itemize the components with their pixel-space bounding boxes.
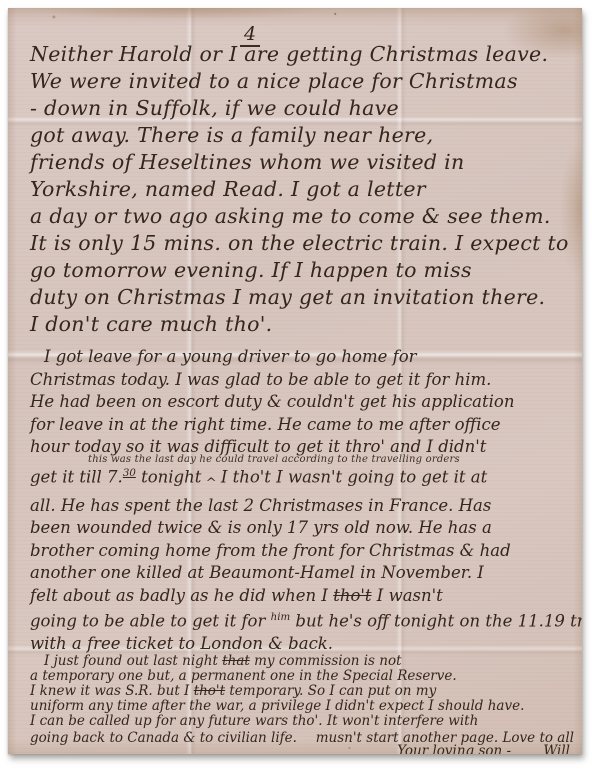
letter-line: this was the last day he could travel ac…	[88, 455, 574, 465]
letter-line: It is only 15 mins. on the electric trai…	[30, 230, 574, 257]
letter-line: Neither Harold or I are getting Christma…	[30, 41, 574, 68]
letter-line: - down in Suffolk, if we could have	[30, 95, 574, 122]
letter-line: Christmas today. I was glad to be able t…	[30, 369, 574, 392]
letter-line: I don't care much tho'.	[30, 311, 574, 338]
letter-line: I knew it was S.R. but I tho't temporary…	[30, 684, 574, 699]
letter-line: I can be called up for any future wars t…	[30, 714, 574, 729]
letter-line: for leave in at the right time. He came …	[30, 414, 574, 437]
letter-line: all. He has spent the last 2 Christmases…	[30, 495, 574, 518]
letter-line: I just found out last night that my comm…	[30, 654, 574, 669]
letter-line: got away. There is a family near here,	[30, 122, 574, 149]
paragraph-christmas-leave: Neither Harold or I are getting Christma…	[30, 41, 574, 338]
letter-page: 4 Neither Harold or I are getting Christ…	[8, 8, 582, 754]
letter-line: He had been on escort duty & couldn't ge…	[30, 391, 574, 414]
letter-line: another one killed at Beaumont-Hamel in …	[30, 562, 574, 585]
photo-frame: 4 Neither Harold or I are getting Christ…	[0, 0, 592, 772]
letter-line: a day or two ago asking me to come & see…	[30, 203, 574, 230]
letter-line: I got leave for a young driver to go hom…	[30, 346, 574, 369]
letter-line: felt about as badly as he did when I tho…	[30, 585, 574, 608]
letter-line: uniform any time after the war, a privil…	[30, 699, 574, 714]
letter-line: We were invited to a nice place for Chri…	[30, 68, 574, 95]
paragraph-commission: I just found out last night that my comm…	[30, 654, 574, 754]
letter-line: friends of Heseltines whom we visited in	[30, 149, 574, 176]
letter-line: been wounded twice & is only 17 yrs old …	[30, 517, 574, 540]
closing-left: going back to Canada & to civilian life.	[30, 731, 297, 746]
letter-line: brother coming home from the front for C…	[30, 540, 574, 563]
paragraph-commission-lines: I just found out last night that my comm…	[30, 654, 574, 729]
letter-line: duty on Christmas I may get an invitatio…	[30, 284, 574, 311]
letter-line: go tomorrow evening. If I happen to miss	[30, 257, 574, 284]
signature-valediction: Your loving son -	[397, 743, 511, 754]
letter-line: a temporary one but, a permanent one in …	[30, 669, 574, 684]
paragraph-young-driver: I got leave for a young driver to go hom…	[30, 346, 574, 656]
signature-name: Will	[543, 743, 570, 754]
letter-line: get it till 7.30 tonight ^ I tho't I was…	[30, 463, 574, 495]
letter-line: going to be able to get it for him but h…	[30, 607, 574, 633]
letter-line: Yorkshire, named Read. I got a letter	[30, 176, 574, 203]
